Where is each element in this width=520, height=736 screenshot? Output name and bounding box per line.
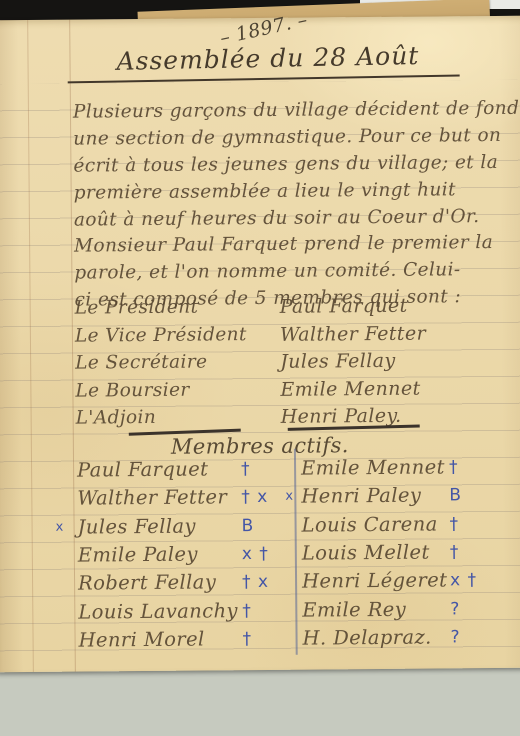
member-name: Louis Carena: [301, 510, 437, 539]
member-mark: ?: [450, 623, 460, 651]
committee-row: Le Boursier Emile Mennet: [0, 376, 515, 408]
member-name: Henri Paley: [301, 482, 421, 511]
paragraph-line: Plusieurs garçons du village décident de…: [73, 96, 513, 127]
member-name: Henri Légeret: [302, 567, 448, 597]
member-name: Henri Morel: [78, 625, 204, 654]
member-name: Jules Fellay: [77, 512, 196, 541]
members-table: Paul Farquet † Emile Mennet † Walther Fe…: [0, 453, 520, 668]
paragraph-line: parole, et l'on nomme un comité. Celui-: [74, 257, 514, 288]
member-name: Louis Mellet: [302, 538, 430, 567]
member-mark: † x: [241, 483, 268, 512]
committee-name: Walther Fetter: [280, 322, 426, 345]
notebook-page: – 1897. – Assemblée du 28 Août Plusieurs…: [0, 16, 520, 673]
committee-role: Le Président: [75, 297, 199, 319]
member-mark: †: [242, 625, 252, 653]
member-row: Robert Fellay † x Henri Légeret x †: [0, 566, 520, 599]
title-block: Assemblée du 28 Août: [71, 42, 463, 74]
member-row: x Jules Fellay B Louis Carena †: [0, 509, 520, 542]
committee-name: Emile Mennet: [280, 377, 420, 400]
member-row: Henri Morel † H. Delapraz. ?: [0, 622, 520, 655]
member-mark: †: [242, 597, 252, 625]
paragraph-line: première assemblée a lieu le vingt huit: [74, 176, 514, 207]
committee-row: Le Vice Président Walther Fetter: [0, 321, 514, 353]
member-mark: B: [449, 482, 462, 510]
committee-name: Jules Fellay: [280, 350, 396, 373]
page-title: Assemblée du 28 Août: [116, 41, 419, 76]
committee-name: Henri Paley.: [281, 405, 402, 428]
member-mark: x †: [450, 566, 477, 595]
paragraph-line: Monsieur Paul Farquet prend le premier l…: [74, 230, 514, 261]
member-row: Louis Lavanchy † Emile Rey ?: [0, 594, 520, 627]
committee-row: Le Secrétaire Jules Fellay: [0, 349, 514, 381]
member-mark: †: [449, 510, 459, 538]
member-name: Walther Fetter: [77, 484, 227, 514]
committee-role: L'Adjoin: [76, 407, 157, 429]
member-premark: x: [55, 513, 63, 541]
member-name: Emile Mennet: [301, 453, 445, 483]
member-mark: †: [450, 538, 460, 566]
member-premark: x: [285, 483, 293, 511]
member-row: Paul Farquet † Emile Mennet †: [0, 453, 520, 486]
member-name: Emile Paley: [78, 540, 198, 569]
member-mark: †: [241, 455, 251, 483]
member-mark: B: [241, 512, 254, 540]
committee-role: Le Vice Président: [75, 324, 247, 346]
committee-name: Paul Farquet: [280, 295, 408, 318]
minutes-paragraph: Plusieurs garçons du village décident de…: [73, 96, 515, 315]
member-row: Walther Fetter † x x Henri Paley B: [0, 481, 520, 514]
committee-role: Le Secrétaire: [75, 351, 207, 373]
member-mark: ?: [450, 595, 460, 623]
scanned-notebook-photo: – 1897. – Assemblée du 28 Août Plusieurs…: [0, 0, 520, 736]
member-name: H. Delapraz.: [302, 623, 431, 652]
committee-role: Le Boursier: [75, 379, 189, 401]
member-name: Louis Lavanchy: [78, 597, 238, 627]
member-mark: † x: [242, 568, 269, 597]
member-name: Robert Fellay: [78, 569, 216, 599]
member-mark: †: [449, 453, 459, 481]
paragraph-line: écrit à tous les jeunes gens du village;…: [73, 150, 513, 181]
paragraph-line: août à neuf heures du soir au Coeur d'Or…: [74, 203, 514, 234]
member-name: Paul Farquet: [77, 455, 208, 484]
committee-row: L'Adjoin Henri Paley.: [0, 404, 515, 436]
member-mark: x †: [242, 540, 269, 569]
title-underline: [68, 75, 460, 84]
paragraph-line: une section de gymnastique. Pour ce but …: [73, 123, 513, 154]
member-row: Emile Paley x † Louis Mellet †: [0, 538, 520, 571]
member-name: Emile Rey: [302, 595, 406, 624]
committee-row: Le Président Paul Farquet: [0, 294, 514, 326]
